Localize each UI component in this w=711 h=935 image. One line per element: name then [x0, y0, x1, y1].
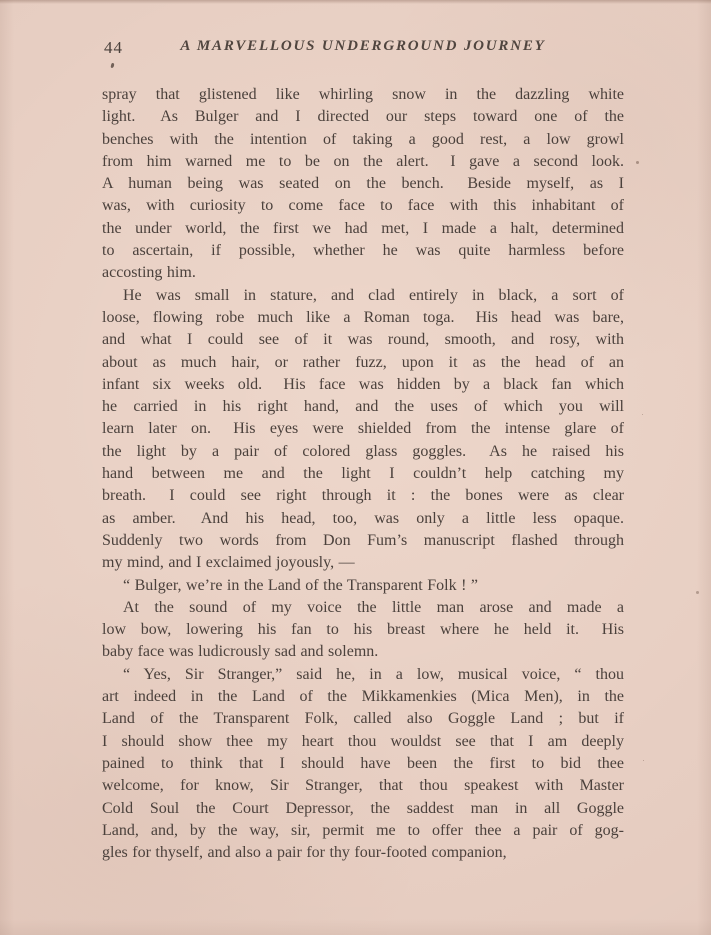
- text-line: He was small in stature, and clad entire…: [102, 285, 624, 307]
- paragraph: “ Bulger, we’re in the Land of the Trans…: [102, 575, 624, 597]
- text-line: Cold Soul the Court Depressor, the sadde…: [102, 798, 624, 820]
- scan-speckles: [636, 161, 639, 164]
- text-line: spray that glistened like whirling snow …: [102, 84, 624, 106]
- text-line: hand between me and the light I couldn’t…: [102, 463, 624, 485]
- text-line: he carried in his right hand, and the us…: [102, 396, 624, 418]
- text-line: to ascertain, if possible, whether he wa…: [102, 240, 624, 262]
- text-line: my mind, and I exclaimed joyously, —: [102, 552, 624, 574]
- text-line: welcome, for know, Sir Stranger, that th…: [102, 775, 624, 797]
- text-line: I should show thee my heart thou wouldst…: [102, 731, 624, 753]
- text-line: the light by a pair of colored glass gog…: [102, 441, 624, 463]
- text-line: benches with the intention of taking a g…: [102, 129, 624, 151]
- text-line: “ Bulger, we’re in the Land of the Trans…: [102, 575, 624, 597]
- text-line: learn later on. His eyes were shielded f…: [102, 418, 624, 440]
- text-line: art indeed in the Land of the Mikkamenki…: [102, 686, 624, 708]
- text-line: accosting him.: [102, 262, 624, 284]
- text-line: light. As Bulger and I directed our step…: [102, 106, 624, 128]
- text-line: about as much hair, or rather fuzz, upon…: [102, 352, 624, 374]
- text-line: as amber. And his head, too, was only a …: [102, 508, 624, 530]
- scanned-book-page: 44 A MARVELLOUS UNDERGROUND JOURNEY spra…: [0, 0, 711, 935]
- text-line: Land, and, by the way, sir, permit me to…: [102, 820, 624, 842]
- text-line: loose, flowing robe much like a Roman to…: [102, 307, 624, 329]
- text-line: low bow, lowering his fan to his breast …: [102, 619, 624, 641]
- ink-speck-mark: [111, 63, 115, 69]
- text-line: and what I could see of it was round, sm…: [102, 329, 624, 351]
- running-title: A MARVELLOUS UNDERGROUND JOURNEY: [102, 38, 624, 55]
- text-line: “ Yes, Sir Stranger,” said he, in a low,…: [102, 664, 624, 686]
- text-line: the under world, the first we had met, I…: [102, 218, 624, 240]
- page-header: 44 A MARVELLOUS UNDERGROUND JOURNEY: [102, 37, 624, 61]
- text-line: gles for thyself, and also a pair for th…: [102, 842, 624, 864]
- text-line: infant six weeks old. His face was hidde…: [102, 374, 624, 396]
- paragraph: spray that glistened like whirling snow …: [102, 84, 624, 285]
- text-line: baby face was ludicrously sad and solemn…: [102, 641, 624, 663]
- text-line: pained to think that I should have been …: [102, 753, 624, 775]
- text-line: Land of the Transparent Folk, called als…: [102, 708, 624, 730]
- text-line: was, with curiosity to come face to face…: [102, 195, 624, 217]
- page-body: spray that glistened like whirling snow …: [102, 84, 624, 864]
- text-line: A human being was seated on the bench. B…: [102, 173, 624, 195]
- text-line: At the sound of my voice the little man …: [102, 597, 624, 619]
- paragraph: He was small in stature, and clad entire…: [102, 285, 624, 575]
- paragraph: At the sound of my voice the little man …: [102, 597, 624, 664]
- paragraph: “ Yes, Sir Stranger,” said he, in a low,…: [102, 664, 624, 865]
- text-line: Suddenly two words from Don Fum’s manusc…: [102, 530, 624, 552]
- text-line: breath. I could see right through it : t…: [102, 485, 624, 507]
- text-line: from him warned me to be on the alert. I…: [102, 151, 624, 173]
